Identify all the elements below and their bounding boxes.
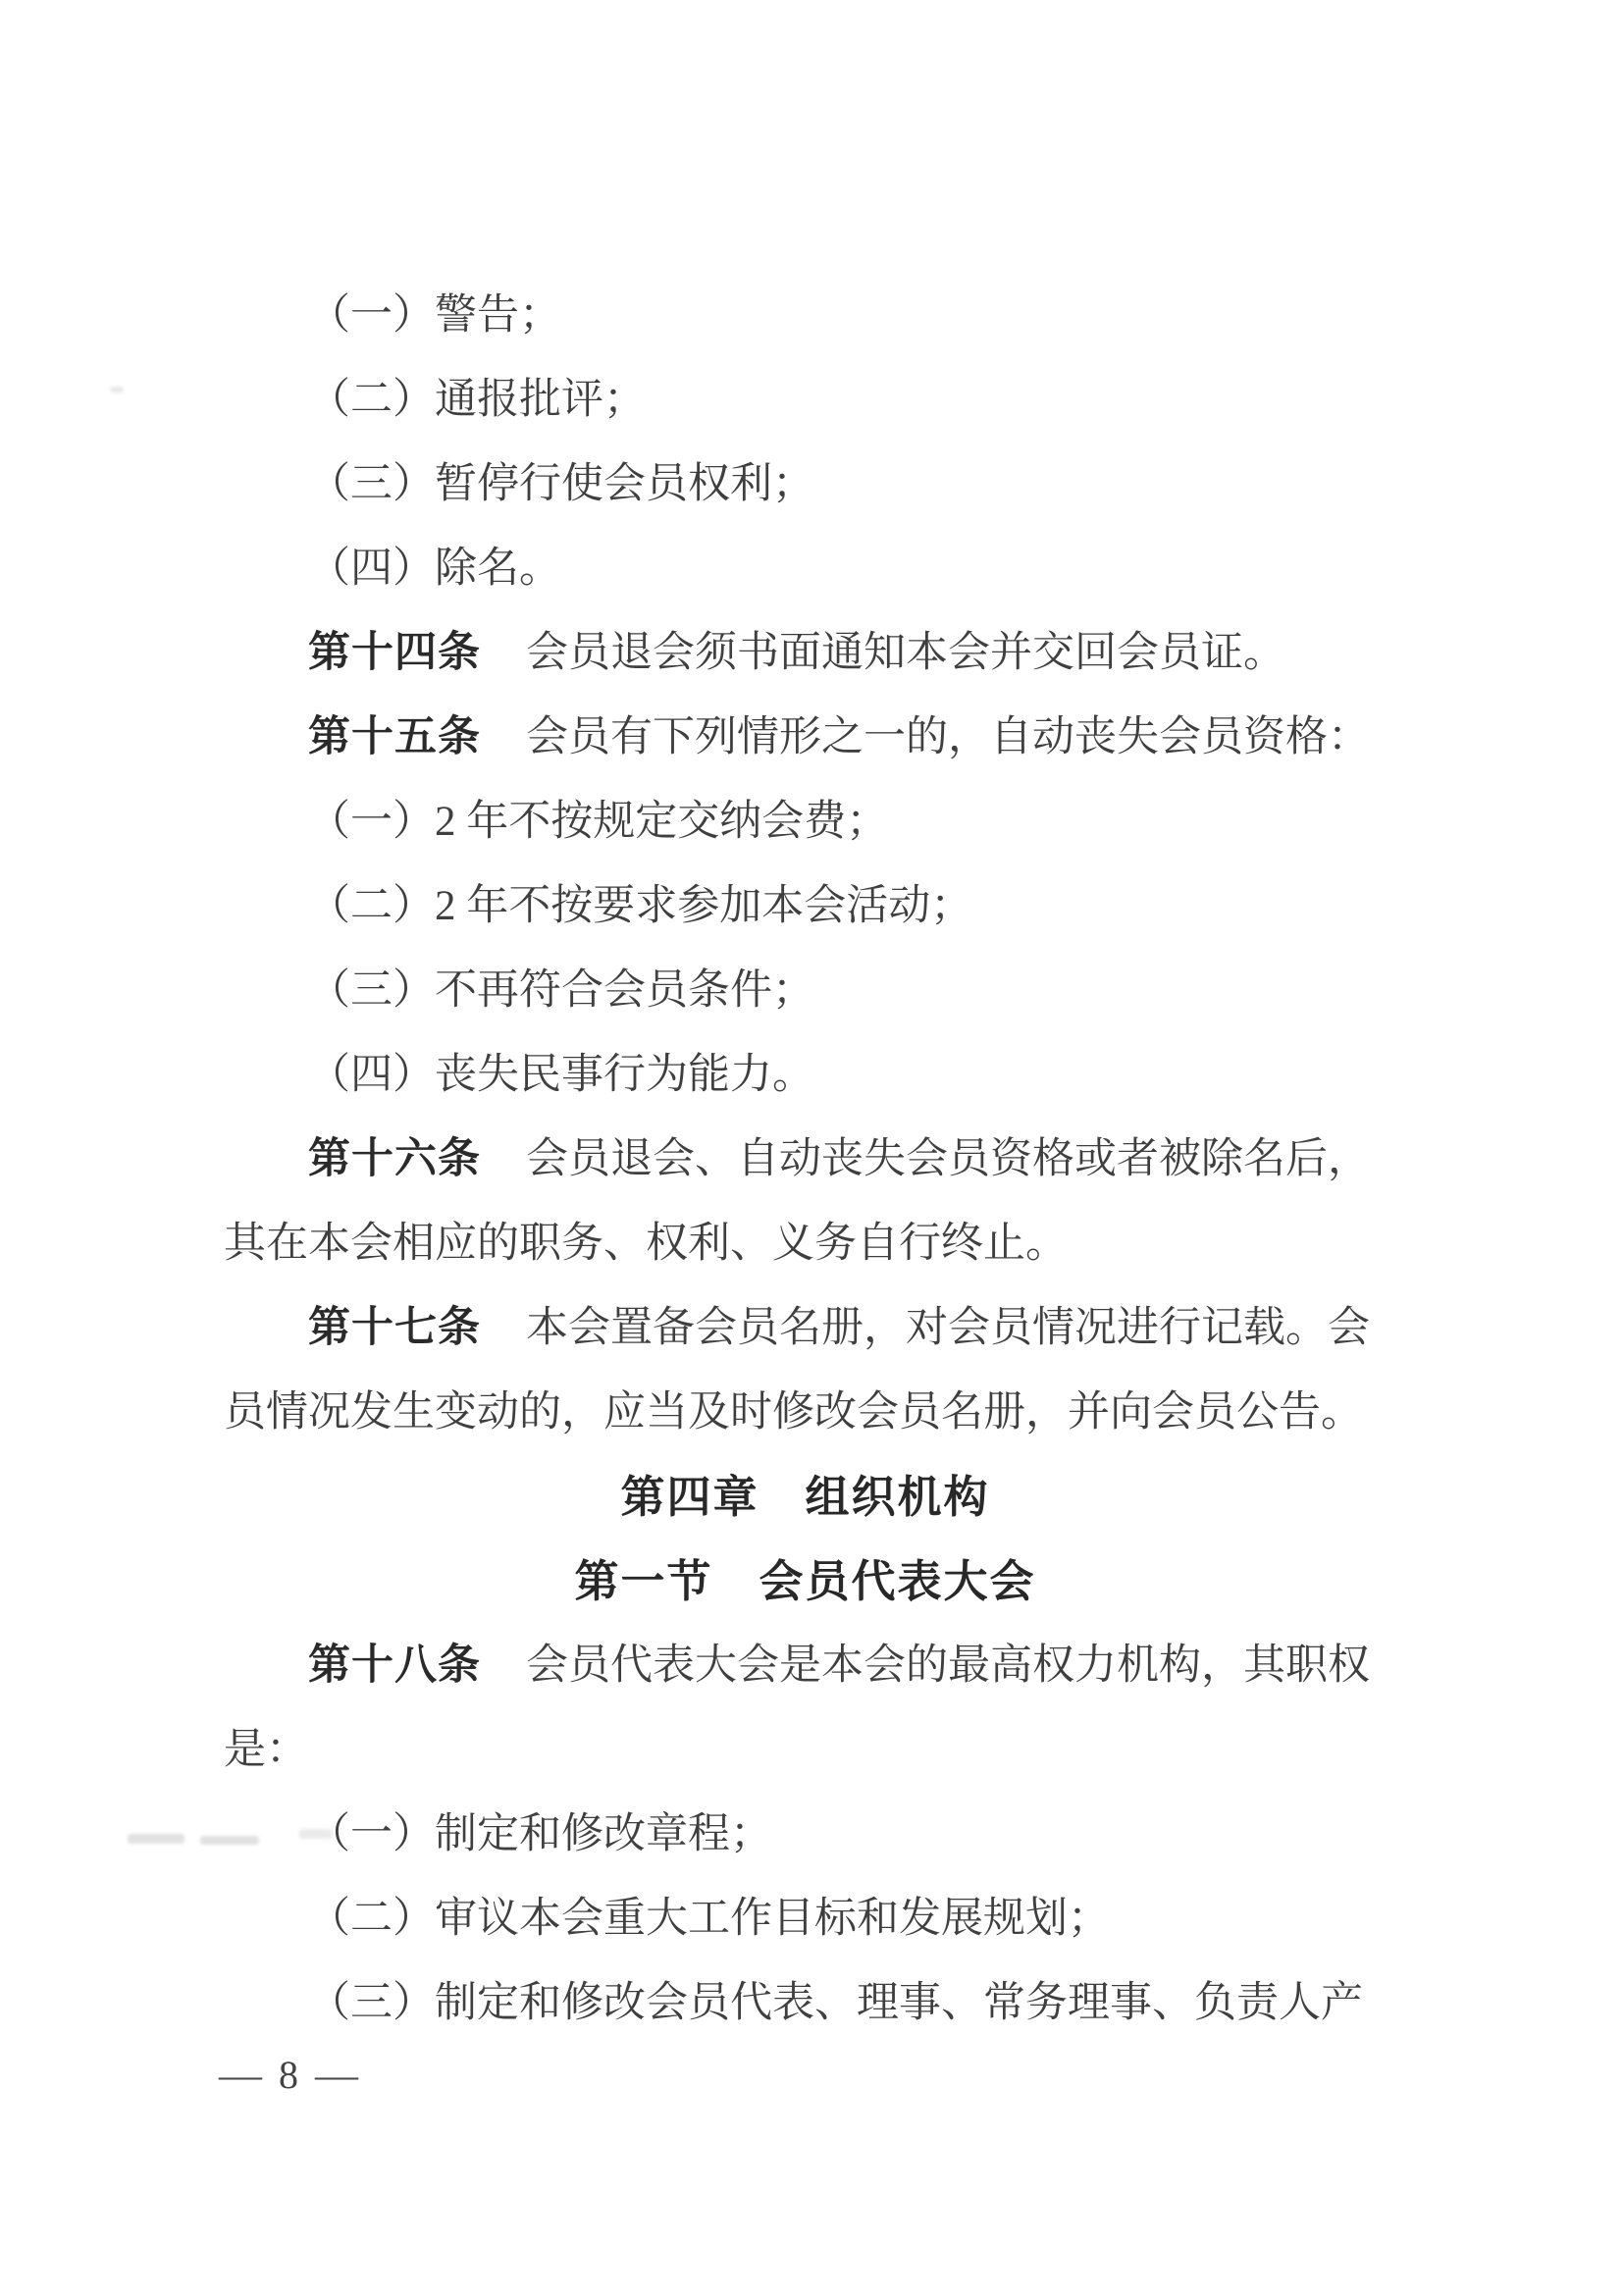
- article-text: 会员代表大会是本会的最高权力机构，其职权: [526, 1643, 1370, 1689]
- text-line: （一）警告；: [224, 274, 1418, 358]
- page-number: 8: [279, 2051, 298, 2100]
- text-line: （三）不再符合会员条件；: [224, 949, 1418, 1033]
- text-line: 员情况发生变动的，应当及时修改会员名册，并向会员公告。: [224, 1371, 1418, 1455]
- scan-noise: [299, 1829, 333, 1839]
- footer-dash-right: —: [315, 2051, 358, 2100]
- section-heading: 第一节 会员代表大会: [224, 1539, 1418, 1624]
- scan-noise: [110, 387, 124, 392]
- article-number: 第十六条: [308, 1136, 481, 1182]
- text-line: （二）审议本会重大工作目标和发展规划；: [224, 1877, 1418, 1961]
- article-number: 第十五条: [308, 714, 481, 760]
- article-number: 第十四条: [308, 630, 481, 676]
- page-footer: —8—: [221, 2051, 356, 2100]
- article-text: 会员退会、自动丧失会员资格或者被除名后，: [526, 1136, 1370, 1182]
- text-line: 第十五条会员有下列情形之一的，自动丧失会员资格：: [224, 696, 1418, 780]
- document-body: （一）警告；（二）通报批评；（三）暂停行使会员权利；（四）除名。第十四条会员退会…: [224, 274, 1418, 2046]
- text-line: 第十七条本会置备会员名册，对会员情况进行记载。会: [224, 1286, 1418, 1371]
- article-text: 会员退会须书面通知本会并交回会员证。: [526, 630, 1285, 676]
- footer-dash-left: —: [219, 2051, 262, 2100]
- article-number: 第十八条: [308, 1643, 481, 1689]
- text-line: （四）除名。: [224, 527, 1418, 611]
- text-line: （四）丧失民事行为能力。: [224, 1033, 1418, 1118]
- text-line: （二）通报批评；: [224, 358, 1418, 443]
- text-line: （三）暂停行使会员权利；: [224, 443, 1418, 527]
- text-line: 第十四条会员退会须书面通知本会并交回会员证。: [224, 611, 1418, 696]
- article-text: 本会置备会员名册，对会员情况进行记载。会: [526, 1305, 1370, 1351]
- scan-noise: [128, 1834, 184, 1844]
- text-line: （二）2 年不按要求参加本会活动；: [224, 864, 1418, 949]
- text-line: （一）2 年不按规定交纳会费；: [224, 780, 1418, 864]
- text-line: （一）制定和修改章程；: [224, 1793, 1418, 1877]
- article-number: 第十七条: [308, 1305, 481, 1351]
- document-page: （一）警告；（二）通报批评；（三）暂停行使会员权利；（四）除名。第十四条会员退会…: [0, 0, 1623, 2296]
- text-line: 其在本会相应的职务、权利、义务自行终止。: [224, 1202, 1418, 1286]
- text-line: 是：: [224, 1708, 1418, 1793]
- article-text: 会员有下列情形之一的，自动丧失会员资格：: [526, 714, 1370, 760]
- text-line: 第十八条会员代表大会是本会的最高权力机构，其职权: [224, 1624, 1418, 1708]
- chapter-heading: 第四章 组织机构: [224, 1455, 1418, 1539]
- text-line: 第十六条会员退会、自动丧失会员资格或者被除名后，: [224, 1118, 1418, 1202]
- scan-noise: [200, 1836, 259, 1845]
- text-line: （三）制定和修改会员代表、理事、常务理事、负责人产: [224, 1961, 1418, 2046]
